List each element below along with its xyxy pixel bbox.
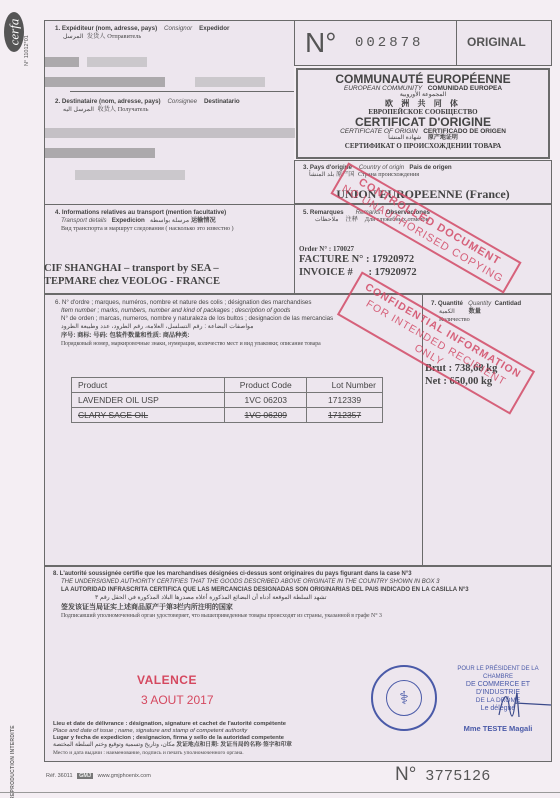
box-4-label-ru: Вид транспорта и маршрут следования ( на… <box>61 225 234 233</box>
box-7-label: 7. Quantité Quantity Cantidad <box>431 300 521 308</box>
product-name: LAVENDER OIL USP <box>72 393 225 408</box>
title-zh: 欧 洲 共 同 体 <box>298 99 548 108</box>
title-fr: COMMUNAUTÉ EUROPÉENNE <box>298 73 548 85</box>
certificate-title-fr: CERTIFICAT D'ORIGINE <box>298 116 548 128</box>
number-prefix: N° <box>305 27 336 59</box>
box-2-label-multilingual: المرسل اليه 收货人 Получатель <box>63 106 148 114</box>
box-3-country-of-origin: 3. Pays d'origine Country of origin Pais… <box>294 160 552 204</box>
box-2-consignee: 2. Destinataire (nom, adresse, pays) Con… <box>44 92 294 204</box>
redacted-address <box>87 57 147 67</box>
title-ar: المجموعة الأوروبية <box>298 92 548 99</box>
box-6-label-ar: مواصفات البضاعة : رقم التسلسل، العلامة، … <box>61 323 254 331</box>
redacted-address <box>45 77 165 87</box>
box-4-label-en: Transport details Expedicion مرسلة بواسط… <box>61 217 216 225</box>
footer-ref: Réf. 36011 GMJ www.gmjphoenix.com <box>46 773 151 779</box>
certificate-title-en-es: CERTIFICATE OF ORIGIN CERTIFICADO DE ORI… <box>298 128 548 135</box>
certification-ar: تشهد السلطة الموقعة أدناه أن البضائع الم… <box>95 595 327 603</box>
order-number: Order N° : 170027 <box>299 245 354 253</box>
column-header-product-code: Product Code <box>225 378 307 393</box>
table-row-struck: CLARY SAGE OIL 1VC 06209 1712357 <box>72 408 383 423</box>
column-header-product: Product <box>72 378 225 393</box>
certificate-number: 002878 <box>355 35 423 51</box>
header-number-box: N° 002878 ORIGINAL <box>294 20 552 66</box>
certification-en: THE UNDERSIGNED AUTHORITY CERTIFIES THAT… <box>61 579 440 587</box>
signatory-name: Mme TESTE Magali <box>443 725 553 733</box>
box-6-label-ru: Порядковый номер, маркировочные знаки, н… <box>61 341 321 349</box>
certificate-title-ru: СЕРТИФИКАТ О ПРОИСХОЖДЕНИИ ТОВАРА <box>298 142 548 150</box>
title-block: COMMUNAUTÉ EUROPÉENNE EUROPEAN COMMUNITY… <box>296 68 550 159</box>
issue-date: 3 AOUT 2017 <box>141 693 214 707</box>
box-7-label-multilingual: الكمية 数量 <box>439 308 481 316</box>
box-6-label-es: N° de orden ; marcas, numeros, nombre y … <box>61 315 333 323</box>
copy-type-label: ORIGINAL <box>467 35 526 49</box>
transport-line-1: CIF SHANGHAI – transport by SEA – <box>44 262 220 275</box>
products-table: Product Product Code Lot Number LAVENDER… <box>71 377 383 423</box>
lot-number: 1712339 <box>307 393 383 408</box>
product-code: 1VC 06203 <box>225 393 307 408</box>
facture-number: FACTURE N° : 17920972 <box>299 254 414 265</box>
redacted-address <box>45 128 295 138</box>
serial-number: 3775126 <box>426 767 491 784</box>
issue-label-ru: Место и дата выдачи : наименование, подп… <box>53 750 244 758</box>
handwritten-signature-icon <box>493 685 553 725</box>
lot-number: 1712357 <box>307 408 383 423</box>
certification-es: LA AUTORIDAD INFRASCRITA CERTIFICA QUE L… <box>61 587 469 595</box>
cerfa-logo-text: cerfa <box>6 19 22 46</box>
box-1-label: 1. Expéditeur (nom, adresse, pays) Consi… <box>55 25 229 33</box>
footer-serial: N° 3775126 <box>395 764 491 786</box>
box-6-label-fr: 6. N° d'ordre ; marques, numéros, nombre… <box>55 299 311 307</box>
certification-zh: 签发该证当局证实上述商品原产于第3栏内所注明的国家 <box>61 604 233 612</box>
certification-fr: 8. L'autorité soussignée certifie que le… <box>53 571 412 579</box>
box-6-label-zh: 序号: 商标: 号码: 包装件数量和性质: 商品种类: <box>61 332 190 340</box>
caduceus-icon: ⚕ <box>399 689 409 707</box>
certificate-number-cell: N° 002878 <box>295 21 457 65</box>
certificate-title-ar-zh: شهادة المنشأ 原产地证明 <box>298 135 548 142</box>
redacted-address <box>45 57 79 67</box>
transport-details-value: CIF SHANGHAI – transport by SEA – TEPMAR… <box>44 262 220 288</box>
issue-label-ar-zh: مكان، وتاريخ وتسمية وتوقيع وختم السلطة ا… <box>53 742 292 750</box>
cerfa-logo: cerfa <box>4 12 24 52</box>
page-bottom-edge <box>0 792 560 793</box>
box-1-consignor: 1. Expéditeur (nom, adresse, pays) Consi… <box>44 20 294 92</box>
reference-number: Réf. 36011 <box>46 773 73 779</box>
product-name: CLARY SAGE OIL <box>72 408 225 423</box>
footer-website: www.gmjphoenix.com <box>98 773 151 779</box>
redacted-address <box>195 77 265 87</box>
table-row: LAVENDER OIL USP 1VC 06203 1712339 <box>72 393 383 408</box>
serial-prefix: N° <box>395 764 416 785</box>
side-note-text: REPRODUCTION INTERDITE <box>10 725 16 798</box>
box-6-goods: 6. N° d'ordre ; marques, numéros, nombre… <box>44 294 422 566</box>
redacted-address <box>45 148 155 158</box>
box-1-label-multilingual: المرسل 发货人 Отправитель <box>63 33 141 41</box>
box-2-label: 2. Destinataire (nom, adresse, pays) Con… <box>55 98 240 106</box>
certification-ru: Подписавший уполномоченный орган удостов… <box>61 613 382 621</box>
side-note: REPRODUCTION INTERDITE <box>10 720 18 798</box>
column-header-lot-number: Lot Number <box>307 378 383 393</box>
box-6-label-en: Item number ; marks, numbers, number and… <box>61 307 290 315</box>
signature-line-1: POUR LE PRÉSIDENT DE LA CHAMBRE <box>443 665 553 681</box>
gmj-logo: GMJ <box>77 773 93 779</box>
seal-inner-ring: ⚕ <box>386 680 422 716</box>
box-8-certification: 8. L'autorité soussignée certifie que le… <box>44 566 552 762</box>
product-code: 1VC 06209 <box>225 408 307 423</box>
form-number: N° 11012*01 <box>24 10 34 66</box>
products-table-header: Product Product Code Lot Number <box>72 378 383 393</box>
chamber-of-commerce-seal: ⚕ <box>371 665 437 731</box>
issue-place: VALENCE <box>137 673 197 687</box>
box-4-label: 4. Informations relatives au transport (… <box>55 209 226 217</box>
redacted-address <box>75 170 185 180</box>
title-en-es: EUROPEAN COMMUNITY COMUNIDAD EUROPEA <box>298 85 548 92</box>
form-number-text: N° 11012*01 <box>24 35 30 66</box>
certificate-page: cerfa N° 11012*01 REPRODUCTION INTERDITE… <box>0 0 560 798</box>
transport-line-2: TEPMARE chez VEOLOG - FRANCE <box>44 275 220 288</box>
